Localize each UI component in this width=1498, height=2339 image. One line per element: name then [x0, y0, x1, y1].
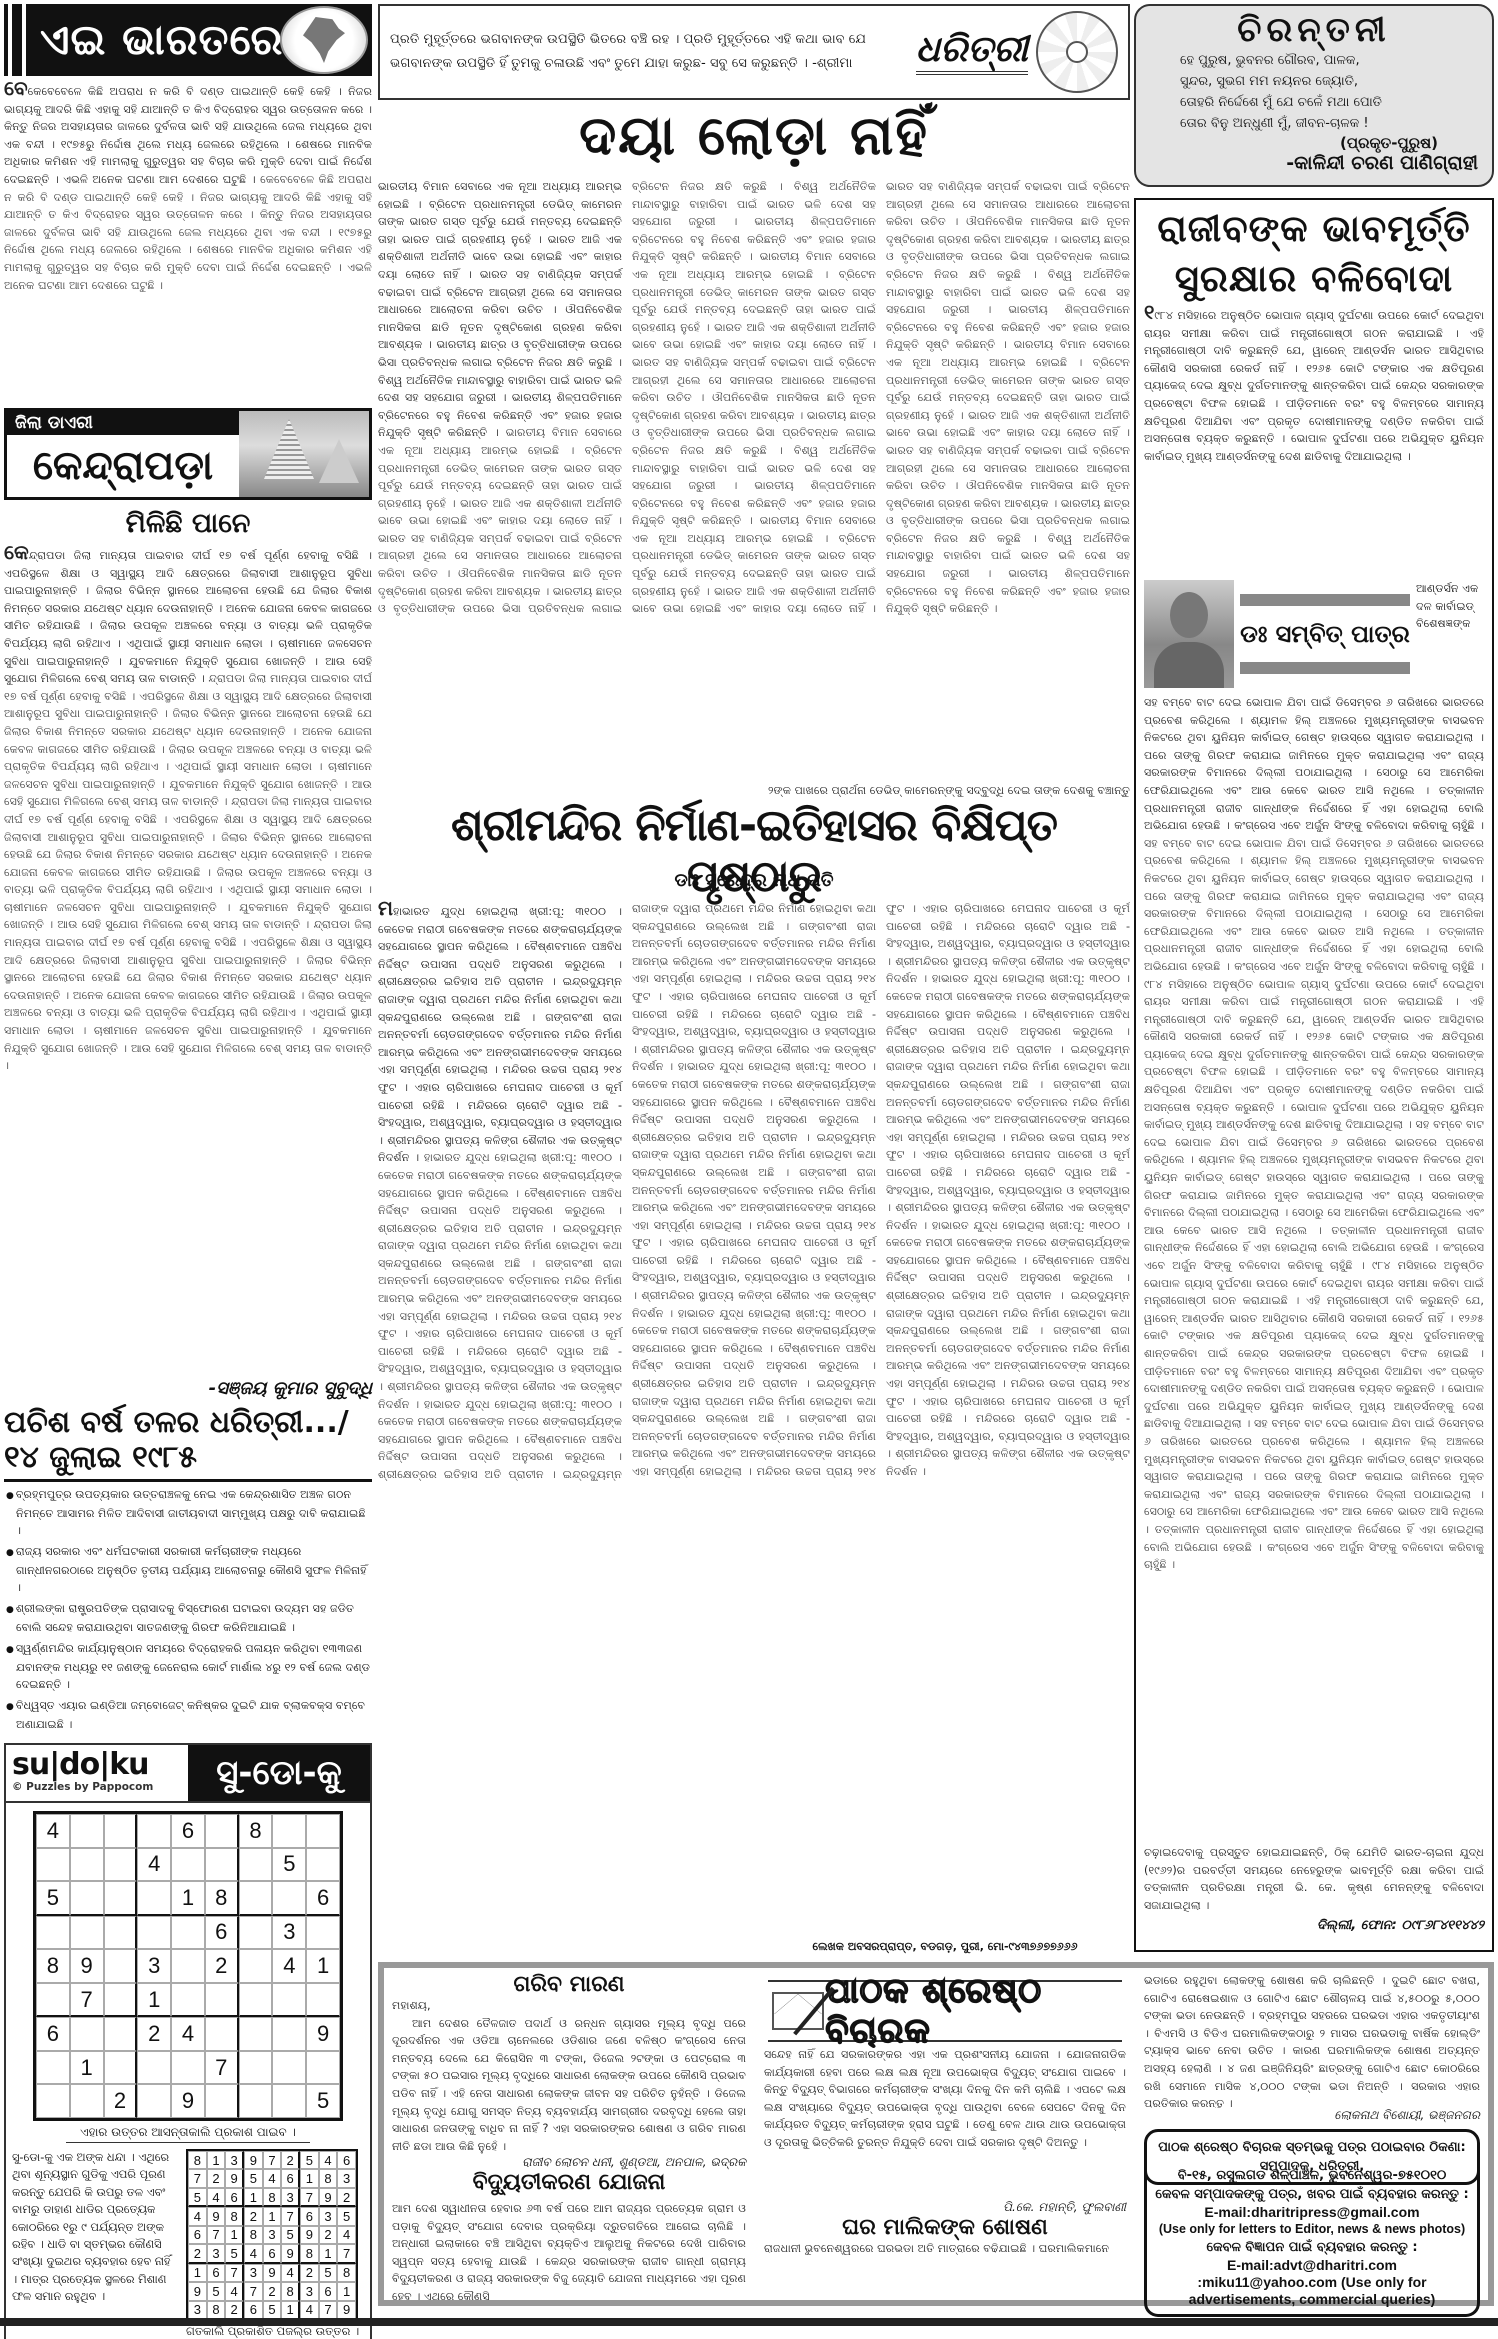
letter-title: ବିଦ୍ୟୁତୀକରଣ ଯୋଜନା: [392, 2170, 746, 2195]
sudoku-cell[interactable]: [272, 1983, 306, 2018]
solution-cell: 3: [225, 2151, 244, 2169]
letter-text: ଆମ ଦେଶ ସ୍ୱାଧୀନତା ହେବାର ୬୩ ବର୍ଷ ପରେ ଆମ ରା…: [392, 2200, 746, 2300]
advt-email-link[interactable]: E-mail:advt@dharitri.com: [1153, 2257, 1471, 2274]
sudoku-instructions: ସୁ-ଡୋ-କୁ ଏକ ଅଙ୍କ ଧନ୍ଦା । ଏଥିରେ ଥିବା ଶୂନ୍…: [12, 2149, 178, 2339]
solution-cell: 5: [207, 2282, 226, 2300]
solution-cell: 8: [225, 2207, 244, 2225]
article-text: ହାଭାରତ ଯୁଦ୍ଧ ହୋଇଥିଲା ଖ୍ରୀ:ପୂ: ୩୧୦୦ । କେତ…: [378, 905, 622, 1164]
drop-cap: କେ: [4, 544, 29, 564]
solution-cell: 7: [188, 2169, 207, 2187]
sudoku-cell[interactable]: [171, 1848, 205, 1882]
solution-cell: 6: [281, 2169, 300, 2187]
solution-cell: 8: [207, 2301, 226, 2319]
banner-bars: [8, 4, 26, 76]
solution-cell: 3: [188, 2301, 207, 2319]
solution-cell: 9: [207, 2207, 226, 2225]
article-text-continued: କେବେବେଳେ କିଛି ଅପରାଧ ନ କରି ବି ଦଣ୍ଡ ପାଇଥାନ…: [4, 173, 372, 292]
solution-cell: 2: [337, 2188, 356, 2207]
sudoku-cell: 1: [70, 2051, 104, 2085]
sudoku-cell[interactable]: [171, 2051, 205, 2085]
district-name: କେନ୍ଦ୍ରାପଡ଼ା: [7, 435, 239, 497]
solution-cell: 8: [319, 2169, 338, 2187]
page-bottom-rule: [0, 2318, 1498, 2326]
solution-cell: 6: [319, 2282, 338, 2300]
sudoku-cell[interactable]: [104, 1814, 138, 1848]
sudoku-cell: 4: [36, 1814, 70, 1848]
solution-cell: 2: [244, 2207, 263, 2225]
solution-caption: ଗତକାଲି ପ୍ରକାଶିତ ପଜଲ୍‌ର ଉତ୍ତର ।: [186, 2324, 364, 2339]
solution-cell: 3: [244, 2264, 263, 2282]
srimandir-article: ମହାଭାରତ ଯୁଦ୍ଧ ହୋଇଥିଲା ଖ୍ରୀ:ପୂ: ୩୧୦୦ । କେ…: [378, 900, 1130, 1940]
letter-garib-marana: ଗରିବ ମାରଣ ମହାଶୟ, ଆମ ଦେଶର ତୈଳଜାତ ପଦାର୍ଥ ଓ…: [384, 1968, 754, 2199]
ei-bharatare-article: ବେକେବେବେଳେ କିଛି ଅପରାଧ ନ କରି ବି ଦଣ୍ଡ ପାଇଥ…: [4, 80, 372, 400]
solution-cell: 1: [319, 2244, 338, 2263]
sudoku-box: su|do|ku © Puzzles by Pappocom ସୁ-ଡୋ-କୁ …: [4, 1743, 372, 2339]
solution-cell: 7: [300, 2188, 319, 2207]
archive-item: ଶ୍ରୀଲଙ୍କା ରାଷ୍ଟ୍ରପତିଙ୍କ ପ୍ରାସାଦକୁ ବିସ୍ଫୋ…: [4, 1600, 372, 1636]
article-text-continued: ହାଭାରତ ଯୁଦ୍ଧ ହୋଇଥିଲା ଖ୍ରୀ:ପୂ: ୩୧୦୦ । କେତ…: [632, 1060, 876, 1319]
sudoku-cell: 6: [306, 1881, 340, 1916]
solution-cell: 3: [281, 2188, 300, 2207]
address-box-lower: ବି-୧୫, ରସୁଲଗଡ ଶିଳ୍ପାଞ୍ଚଳ, ଭୁବନେଶ୍ୱର-୭୫୧୦…: [1144, 2160, 1480, 2317]
masthead-quote: ପ୍ରତି ମୁହୂର୍ତ୍ତରେ ଭଗବାନଙ୍କ ଉପସ୍ଥିତି ଭିତର…: [390, 28, 908, 76]
verse-line: ତୋର ବିନୁ ଅନ୍ଧୁଣୀ ମୁଁ, ଜୀବନ-ଚାଳକ !: [1180, 113, 1478, 134]
sudoku-solution-grid: 8139725467295461835461837924982176356718…: [186, 2149, 358, 2321]
solution-cell: 4: [263, 2169, 282, 2187]
solution-cell: 3: [207, 2244, 226, 2263]
article-text-continued: ୯୮୪ ମସିହାରେ ଅନୁଷ୍ଠିତ ଭୋପାଳ ଗ୍ୟାସ୍ ଦୁର୍ଘଟ…: [1144, 978, 1484, 1132]
solution-cell: 9: [225, 2169, 244, 2187]
article-text-continued: ଭାରତୀୟ ବିମାନ ସେବାରେ ଏକ ନୂଆ ଅଧ୍ୟାୟ ଆରମ୍ଭ …: [632, 250, 876, 527]
ei-bharatare-banner: ଏଇ ଭାରତରେ...: [4, 4, 372, 76]
district-byline: -ସଞ୍ଜୟ କୁମାର ସୁବୁଦ୍ଧି: [4, 1378, 372, 1399]
sudoku-cell[interactable]: [239, 2051, 273, 2085]
solution-cell: 4: [319, 2151, 338, 2169]
solution-cell: 7: [244, 2282, 263, 2300]
article-text-continued: ସହ ବମ୍ବେ ବାଟ ଦେଇ ଭୋପାଳ ଯିବା ପାଇଁ ଡିସେମ୍ବ…: [1144, 1417, 1484, 1571]
sudoku-cell[interactable]: [306, 1983, 340, 2018]
solution-cell: 9: [188, 2282, 207, 2300]
district-article: କେନ୍ଦ୍ରାପଡା ଜିଲା ମାନ୍ୟତା ପାଇବାର ଦୀର୍ଘ ୧୭…: [4, 544, 372, 1374]
letter-continued: ପି.କେ. ମହାନ୍ତି, ଫୁଲବାଣୀ ଘର ମାଲିକଙ୍କ ଶୋଷଣ…: [756, 2196, 1134, 2262]
sudoku-cell[interactable]: [104, 1881, 138, 1916]
article-text-continued: ହାଭାରତ ଯୁଦ୍ଧ ହୋଇଥିଲା ଖ୍ରୀ:ପୂ: ୩୧୦୦ । କେତ…: [378, 1151, 622, 1410]
sudoku-cell: 7: [70, 1983, 104, 2018]
sudoku-cell[interactable]: [239, 2017, 273, 2051]
article-text-continued: ସହ ବମ୍ବେ ବାଟ ଦେଇ ଭୋପାଳ ଯିବା ପାଇଁ ଡିସେମ୍ବ…: [1144, 837, 1484, 973]
sudoku-cell[interactable]: [104, 2051, 138, 2085]
sudoku-cell: 4: [171, 2017, 205, 2051]
solution-cell: 5: [337, 2207, 356, 2225]
address-line: ବି-୧୫, ରସୁଲଗଡ ଶିଳ୍ପାଞ୍ଚଳ, ଭୁବନେଶ୍ୱର-୭୫୧୦…: [1153, 2166, 1471, 2185]
sudoku-cell[interactable]: [272, 2051, 306, 2085]
solution-cell: 5: [281, 2226, 300, 2244]
wheel-emblem-icon: [1036, 11, 1118, 93]
archive-item: ରାଜ୍ୟ ସରକାର ଏବଂ ଧର୍ମଘଟକାରୀ ସରକାରୀ କର୍ମଚା…: [4, 1543, 372, 1596]
author-photo: [1144, 580, 1234, 688]
sudoku-cell[interactable]: [104, 1916, 138, 1950]
sudoku-cell[interactable]: [239, 1916, 273, 1950]
solution-cell: 7: [207, 2226, 226, 2244]
solution-cell: 6: [244, 2301, 263, 2319]
solution-cell: 6: [225, 2188, 244, 2207]
sudoku-cell: 5: [36, 1881, 70, 1916]
article-text-continued: ନ୍ଦ୍ରାପଡା ଜିଲା ମାନ୍ୟତା ପାଇବାର ଦୀର୍ଘ ୧୭ ବ…: [4, 795, 372, 931]
address-line: କେବଳ ବିଜ୍ଞାପନ ପାଇଁ ବ୍ୟବହାର କରନ୍ତୁ :: [1153, 2238, 1471, 2257]
sudoku-cell: 5: [272, 1848, 306, 1882]
solution-cell: 1: [281, 2301, 300, 2319]
sudoku-cell: 5: [306, 2084, 340, 2118]
editorial-headline: ଦୟା ଲୋଡ଼ା ନାହିଁ: [378, 104, 1130, 174]
solution-cell: 2: [281, 2151, 300, 2169]
solution-cell: 7: [263, 2151, 282, 2169]
sudoku-cell[interactable]: [36, 1916, 70, 1950]
sudoku-cell[interactable]: [36, 2084, 70, 2118]
sudoku-cell: 1: [306, 1949, 340, 1983]
sudoku-brand: su|do|ku: [12, 1749, 182, 1781]
sudoku-cell[interactable]: [239, 1949, 273, 1983]
solution-cell: 2: [319, 2226, 338, 2244]
left-column: ଏଇ ଭାରତରେ... ବେକେବେବେଳେ କିଛି ଅପରାଧ ନ କରି…: [4, 4, 372, 2334]
district-diary-box: ଜିଲା ଡାଏରୀ କେନ୍ଦ୍ରାପଡ଼ା: [4, 408, 372, 500]
solution-cell: 5: [225, 2244, 244, 2263]
advt-email-link-2[interactable]: :miku11@yahoo.com (Use only for: [1153, 2274, 1471, 2291]
sudoku-cell[interactable]: [36, 1983, 70, 2018]
letter-text: ଭଡାରେ ରହୁଥିବା ଲୋକଙ୍କୁ ଶୋଷଣ କରି ଚାଲିଛନ୍ତି…: [1144, 1972, 1480, 2108]
solution-cell: 8: [244, 2226, 263, 2244]
sudoku-cell: 2: [137, 2017, 171, 2051]
letter-text-start: ରାଜଧାନୀ ଭୁବନେଶ୍ୱରରେ ଘରଭଡା ଅତି ମାତ୍ରାରେ ବ…: [764, 2240, 1126, 2258]
article-text-continued: ହାଭାରତ ଯୁଦ୍ଧ ହୋଇଥିଲା ଖ୍ରୀ:ପୂ: ୩୧୦୦ । କେତ…: [886, 972, 1130, 1231]
solution-cell: 8: [281, 2282, 300, 2300]
district-diary-tag: ଜିଲା ଡାଏରୀ: [7, 411, 239, 435]
sudoku-cell[interactable]: [70, 1814, 104, 1848]
sudoku-cell[interactable]: [104, 1983, 138, 2018]
solution-cell: 6: [263, 2244, 282, 2263]
drop-cap: ବେ: [4, 80, 28, 100]
sudoku-cell[interactable]: [306, 1848, 340, 1882]
sudoku-cell[interactable]: [205, 1848, 239, 1882]
solution-cell: 2: [188, 2244, 207, 2263]
solution-cell: 3: [300, 2282, 319, 2300]
sudoku-cell: 3: [137, 1949, 171, 1983]
solution-cell: 4: [300, 2301, 319, 2319]
drop-cap: ମ: [378, 900, 393, 920]
editorial-closing: ୨ଙ୍କ ପାଖରେ ପ୍ରାର୍ଥନା ଡେଭିଡ୍ କାମେରନ୍‌ଙ୍କୁ…: [760, 782, 1130, 800]
solution-cell: 4: [225, 2282, 244, 2300]
sudoku-odia-title: ସୁ-ଡୋ-କୁ: [188, 1745, 370, 1801]
sudoku-cell: 7: [205, 2051, 239, 2085]
archive-item: ବ୍ରହ୍ମପୁତ୍ର ଉପତ୍ୟକାର ଉତ୍ତରାଞ୍ଚଳକୁ ନେଇ ଏକ…: [4, 1486, 372, 1539]
drop-cap: ୧: [1144, 304, 1154, 324]
author-name: ଡଃ ସମ୍ବିତ୍ ପାତ୍ର: [1240, 606, 1410, 662]
archive-item: ବିଧ୍ୱସ୍ତ ଏୟାର ଇଣ୍ଡିଆ ଜମ୍ବୋଜେଟ୍ କନିଷ୍କର ଦ…: [4, 1697, 372, 1733]
chirantani-title: ଚିରନ୍ତନୀ: [1150, 10, 1478, 50]
solution-cell: 9: [263, 2264, 282, 2282]
sudoku-cell[interactable]: [70, 1916, 104, 1950]
sudoku-cell: 9: [171, 2084, 205, 2118]
srimandir-byline: ଡାଃ ସୁରେନ୍ଦ୍ର ନାଥ ପତି: [378, 870, 1130, 891]
letters-section-bottom: ଆମ ଦେଶ ସ୍ୱାଧୀନତା ହେବାର ୬୩ ବର୍ଷ ପରେ ଆମ ରା…: [378, 2196, 1494, 2306]
letter-text: ସନ୍ଦେହ ନାହିଁ ଯେ ସରକାରଙ୍କର ଏହା ଏକ ପ୍ରଶଂସନ…: [764, 2046, 1126, 2196]
sudoku-cell[interactable]: [306, 2051, 340, 2085]
sudoku-cell[interactable]: [137, 2084, 171, 2118]
sudoku-cell[interactable]: [137, 1814, 171, 1848]
solution-cell: 2: [207, 2169, 226, 2187]
editorial-article: ଭାରତୀୟ ବିମାନ ସେବାରେ ଏକ ନୂଆ ଅଧ୍ୟାୟ ଆରମ୍ଭ …: [378, 178, 1130, 778]
solution-cell: 1: [188, 2264, 207, 2282]
sudoku-cell[interactable]: [239, 1983, 273, 2018]
temple-photo: [239, 411, 369, 497]
solution-cell: 1: [263, 2207, 282, 2225]
sudoku-cell[interactable]: [205, 2017, 239, 2051]
sudoku-cell: 2: [104, 2084, 138, 2118]
sudoku-cell: 2: [205, 1949, 239, 1983]
solution-cell: 5: [319, 2264, 338, 2282]
masthead-quote-box: ପ୍ରତି ମୁହୂର୍ତ୍ତରେ ଭଗବାନଙ୍କ ଉପସ୍ଥିତି ଭିତର…: [378, 4, 1130, 100]
sudoku-cell[interactable]: [36, 1848, 70, 1882]
letter-signature: ଲୋକନାଥ ବିଶୋୟୀ, ଭଞ୍ଜନଗର: [1144, 2108, 1480, 2123]
rajiv-dateline: ଦିଲ୍ଲୀ, ଫୋନ: ୦୯୮୬୮୪୧୧୪୪୨: [1144, 1918, 1484, 1933]
solution-cell: 6: [207, 2264, 226, 2282]
sudoku-cell[interactable]: [171, 1983, 205, 2018]
solution-cell: 2: [263, 2282, 282, 2300]
verse-line: ହେ ପୁରୁଷ, ଭୁବନର ଗୌରବ, ପାଳକ,: [1180, 50, 1478, 71]
sudoku-cell: 8: [36, 1949, 70, 1983]
letter-text: ଆମ ଦେଶର ତୈଳଜାତ ପଦାର୍ଥ ଓ ରନ୍ଧନ ଗ୍ୟାସର ମୂଲ…: [392, 2015, 746, 2155]
solution-cell: 6: [300, 2207, 319, 2225]
solution-cell: 2: [225, 2301, 244, 2319]
solution-cell: 3: [337, 2169, 356, 2187]
sudoku-cell: 1: [171, 1881, 205, 1916]
solution-cell: 9: [244, 2151, 263, 2169]
solution-cell: 3: [263, 2226, 282, 2244]
reader-banner-title: ପାଠକ ଶ୍ରେଷ୍ଠ ବିଚାରକ: [825, 1971, 1122, 2051]
dharitri-logo: ଧରିତ୍ରୀ: [916, 29, 1028, 75]
solution-cell: 5: [300, 2151, 319, 2169]
article-text: ୯୮୪ ମସିହାରେ ଅନୁଷ୍ଠିତ ଭୋପାଳ ଗ୍ୟାସ୍ ଦୁର୍ଘଟ…: [1144, 309, 1484, 463]
solution-cell: 5: [244, 2169, 263, 2187]
india-map-icon: [280, 6, 368, 74]
sudoku-cell[interactable]: [104, 2017, 138, 2051]
solution-cell: 7: [319, 2301, 338, 2319]
sudoku-cell: 9: [70, 1949, 104, 1983]
letter-vidyutikarana: ଆମ ଦେଶ ସ୍ୱାଧୀନତା ହେବାର ୬୩ ବର୍ଷ ପରେ ଆମ ରା…: [384, 2196, 754, 2304]
sudoku-cell[interactable]: [205, 1814, 239, 1848]
sudoku-cell[interactable]: [104, 1949, 138, 1983]
solution-cell: 1: [244, 2188, 263, 2207]
sudoku-cell[interactable]: [70, 2017, 104, 2051]
sudoku-cell: 6: [36, 2017, 70, 2051]
solution-cell: 4: [188, 2207, 207, 2225]
solution-cell: 3: [319, 2207, 338, 2225]
sudoku-cell[interactable]: [171, 1916, 205, 1950]
solution-cell: 1: [300, 2169, 319, 2187]
sudoku-cell[interactable]: [239, 2084, 273, 2118]
article-text: ସହ ବମ୍ବେ ବାଟ ଦେଇ ଭୋପାଳ ଯିବା ପାଇଁ ଡିସେମ୍ବ…: [1144, 696, 1484, 832]
address-details: ବି-୧୫, ରସୁଲଗଡ ଶିଳ୍ପାଞ୍ଚଳ, ଭୁବନେଶ୍ୱର-୭୫୧୦…: [1136, 2156, 1488, 2321]
sudoku-cell[interactable]: [272, 1881, 306, 1916]
sudoku-cell[interactable]: [272, 1814, 306, 1848]
author-card: ଡଃ ସମ୍ବିତ୍ ପାତ୍ର ଆଣ୍ଡର୍ସନ ଏକ ଦଳ କାର୍ବାଇଡ…: [1144, 580, 1484, 688]
article-text-continued: ୯୮୪ ମସିହାରେ ଅନୁଷ୍ଠିତ ଭୋପାଳ ଗ୍ୟାସ୍ ଦୁର୍ଘଟ…: [1144, 1259, 1484, 1430]
verse-line: ତୋହରି ନିର୍ଦ୍ଦେଶେ ମୁଁ ଯେ ଚଳେଁ ମଥା ପୋତି: [1180, 92, 1478, 113]
sudoku-cell[interactable]: [205, 2084, 239, 2118]
solution-cell: 4: [207, 2188, 226, 2207]
solution-cell: 4: [281, 2264, 300, 2282]
sudoku-puzzle-grid[interactable]: 4684551866389324171624917295: [33, 1811, 343, 2121]
solution-cell: 2: [300, 2264, 319, 2282]
rajiv-headline: ରାଜୀବଙ୍କ ଭାବମୂର୍ତ୍ତି ସୁରକ୍ଷାର ବଳିବୋଦା: [1144, 204, 1484, 304]
sudoku-credit: © Puzzles by Pappocom: [12, 1781, 182, 1793]
sudoku-cell[interactable]: [272, 2084, 306, 2118]
sudoku-cell: 9: [306, 2017, 340, 2051]
srimandir-footer: ଲେଖକ ଅବସରପ୍ରାପ୍ତ, ବଡଗଡ଼, ପୁରୀ, ମୋ-୯୪୩୭୬୭…: [760, 1940, 1130, 1954]
sudoku-cell: 8: [239, 1814, 273, 1848]
article-text: କେବେବେଳେ କିଛି ଅପରାଧ ନ କରି ବି ଦଣ୍ଡ ପାଇଥାନ…: [4, 85, 372, 186]
sudoku-cell[interactable]: [137, 1916, 171, 1950]
sudoku-cell[interactable]: [137, 2051, 171, 2085]
sudoku-cell: 4: [137, 1848, 171, 1882]
solution-cell: 8: [188, 2151, 207, 2169]
archive-headline: ପଚିଶ ବର୍ଷ ତଳର ଧରିତ୍ରୀ.../୧୪ ଜୁଲାଇ ୧୯୮୫: [4, 1405, 372, 1482]
letter-salutation: ମହାଶୟ,: [392, 1997, 746, 2015]
sudoku-cell[interactable]: [36, 2051, 70, 2085]
sudoku-note: ଏହାର ଉତ୍ତର ଆସନ୍ତାକାଲି ପ୍ରକାଶ ପାଇବ ।: [66, 2125, 310, 2143]
solution-cell: 8: [263, 2188, 282, 2207]
editor-email-link[interactable]: E-mail:dharitripress@gmail.com: [1153, 2204, 1471, 2221]
solution-cell: 8: [300, 2244, 319, 2263]
rajiv-article-body: ସହ ବମ୍ବେ ବାଟ ଦେଇ ଭୋପାଳ ଯିବା ପାଇଁ ଡିସେମ୍ବ…: [1144, 694, 1484, 1844]
sudoku-cell[interactable]: [306, 1814, 340, 1848]
article-text-continued: ସହ ବମ୍ବେ ବାଟ ଦେଇ ଭୋପାଳ ଯିବା ପାଇଁ ଡିସେମ୍ବ…: [1144, 1118, 1484, 1272]
sudoku-cell[interactable]: [70, 1881, 104, 1916]
sudoku-cell: 4: [272, 1949, 306, 1983]
sudoku-header: su|do|ku © Puzzles by Pappocom ସୁ-ଡୋ-କୁ: [6, 1745, 370, 1803]
article-text-continued: ହାଭାରତ ଯୁଦ୍ଧ ହୋଇଥିଲା ଖ୍ରୀ:ପୂ: ୩୧୦୦ । କେତ…: [886, 1219, 1130, 1478]
reader-column: ପାଠକ ଶ୍ରେଷ୍ଠ ବିଚାରକ ସନ୍ଦେହ ନାହିଁ ଯେ ସରକା…: [756, 1968, 1134, 2200]
verse-source: (ପ୍ରକୃତ-ପୁରୁଷ): [1150, 134, 1438, 152]
rajiv-article-box: ରାଜୀବଙ୍କ ଭାବମୂର୍ତ୍ତି ସୁରକ୍ଷାର ବଳିବୋଦା ୧୯…: [1134, 198, 1494, 1952]
sudoku-cell: 6: [171, 1814, 205, 1848]
sudoku-cell[interactable]: [104, 1848, 138, 1882]
sudoku-cell: 1: [137, 1983, 171, 2018]
author-side-text: ଆଣ୍ଡର୍ସନ ଏକ ଦଳ କାର୍ବାଇଡ୍ ବିଶେଷଜ୍ଞଙ୍କ: [1416, 580, 1484, 688]
solution-cell: 9: [300, 2226, 319, 2244]
article-text-continued: ନ୍ଦ୍ରାପଡା ଜିଲା ମାନ୍ୟତା ପାଇବାର ଦୀର୍ଘ ୧୭ ବ…: [4, 918, 372, 1072]
letter-signature: ରାଜୀବ ଲୋଚନ ଧନୀ, ଶୁଣ୍ଡଆ, ଅନପାଳ, ଭଦ୍ରକ: [392, 2155, 746, 2170]
sudoku-cell: 8: [205, 1881, 239, 1916]
solution-cell: 9: [281, 2244, 300, 2263]
solution-cell: 9: [319, 2188, 338, 2207]
sudoku-cell[interactable]: [137, 1881, 171, 1916]
solution-cell: 1: [225, 2226, 244, 2244]
archive-list: ବ୍ରହ୍ମପୁତ୍ର ଉପତ୍ୟକାର ଉତ୍ତରାଞ୍ଚଳକୁ ନେଇ ଏକ…: [4, 1486, 372, 1733]
letter-signature: ପି.କେ. ମହାନ୍ତି, ଫୁଲବାଣୀ: [764, 2200, 1126, 2215]
advt-email-note: advertisements, commercial queries): [1153, 2291, 1471, 2308]
solution-cell: 7: [281, 2207, 300, 2225]
solution-cell: 4: [244, 2244, 263, 2263]
solution-cell: 5: [263, 2301, 282, 2319]
solution-cell: 6: [337, 2151, 356, 2169]
article-text: ନ୍ଦ୍ରାପଡା ଜିଲା ମାନ୍ୟତା ପାଇବାର ଦୀର୍ଘ ୧୭ ବ…: [4, 549, 372, 685]
letter-title: ଘର ମାଲିକଙ୍କ ଶୋଷଣ: [764, 2215, 1126, 2240]
rajiv-article-intro: ୧୯୮୪ ମସିହାରେ ଅନୁଷ୍ଠିତ ଭୋପାଳ ଗ୍ୟାସ୍ ଦୁର୍ଘ…: [1144, 304, 1484, 574]
sudoku-cell: 3: [272, 1916, 306, 1950]
solution-cell: 9: [337, 2301, 356, 2319]
reader-banner: ପାଠକ ଶ୍ରେଷ୍ଠ ବିଚାରକ: [768, 1980, 1122, 2042]
archive-item: ସ୍ୱର୍ଣ୍ଣମନ୍ଦିର କାର୍ଯ୍ୟାନୁଷ୍ଠାନ ସମୟରେ ବିଦ…: [4, 1640, 372, 1693]
solution-cell: 7: [337, 2244, 356, 2263]
solution-cell: 5: [188, 2188, 207, 2207]
sudoku-cell[interactable]: [306, 1916, 340, 1950]
sudoku-cell[interactable]: [171, 1949, 205, 1983]
sudoku-cell[interactable]: [70, 1848, 104, 1882]
sudoku-cell[interactable]: [205, 1983, 239, 2018]
solution-cell: 1: [337, 2282, 356, 2300]
district-headline: ମିଳିଛି ପାନେ: [4, 508, 372, 540]
solution-cell: 6: [188, 2226, 207, 2244]
address-line: କେବଳ ସମ୍ପାଦକଙ୍କୁ ପତ୍ର, ଖବର ପାଇଁ ବ୍ୟବହାର …: [1153, 2185, 1471, 2204]
solution-cell: 4: [337, 2226, 356, 2244]
sudoku-cell: 6: [205, 1916, 239, 1950]
verse-line: ସୁନ୍ଦର, ସୁଭଗ ମମ ନୟନର ଜ୍ୟୋତି,: [1180, 71, 1478, 92]
rajiv-closing: ଚଢ଼ାଇଦେବାକୁ ପ୍ରସ୍ତୁତ ହୋଇଯାଇଛନ୍ତି, ଠିକ୍ ଯ…: [1144, 1844, 1484, 1916]
solution-cell: 1: [207, 2151, 226, 2169]
chirantani-box: ଚିରନ୍ତନୀ ହେ ପୁରୁଷ, ଭୁବନର ଗୌରବ, ପାଳକ, ସୁନ…: [1134, 4, 1494, 187]
sudoku-cell[interactable]: [239, 1881, 273, 1916]
sudoku-cell[interactable]: [272, 2017, 306, 2051]
editor-email-note: (Use only for letters to Editor, news & …: [1153, 2221, 1471, 2238]
article-text-continued: ଭାରତୀୟ ବିମାନ ସେବାରେ ଏକ ନୂଆ ଅଧ୍ୟାୟ ଆରମ୍ଭ …: [886, 338, 1130, 615]
sudoku-cell[interactable]: [239, 1848, 273, 1882]
verse-author: -କାଳିନ୍ଦୀ ଚରଣ ପାଣିଗ୍ରାହୀ: [1150, 152, 1478, 174]
solution-cell: 8: [337, 2264, 356, 2282]
article-text: ଭାରତୀୟ ବିମାନ ସେବାରେ ଏକ ନୂଆ ଅଧ୍ୟାୟ ଆରମ୍ଭ …: [378, 180, 622, 439]
letter-title: ଗରିବ ମାରଣ: [392, 1972, 746, 1997]
sudoku-cell[interactable]: [70, 2084, 104, 2118]
solution-cell: 7: [225, 2264, 244, 2282]
article-text-continued: ନ୍ଦ୍ରାପଡା ଜିଲା ମାନ୍ୟତା ପାଇବାର ଦୀର୍ଘ ୧୭ ବ…: [4, 672, 372, 808]
